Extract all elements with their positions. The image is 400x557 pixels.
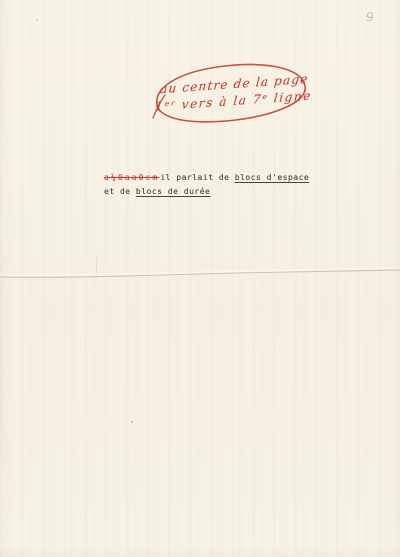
paper-speck	[131, 421, 133, 423]
paper-speck	[36, 19, 38, 21]
typed-line-1-underlined: blocs d'espace	[235, 173, 309, 182]
page-number: 9	[365, 10, 374, 24]
typed-line-2-text: et de	[104, 187, 136, 196]
typed-block: a¼0aa0cmil parlait de blocs d'espace et …	[104, 171, 309, 198]
typed-line-1: a¼0aa0cmil parlait de blocs d'espace	[104, 171, 309, 185]
typed-line-2: et de blocs de durée	[104, 185, 309, 199]
typed-line-2-underlined: blocs de durée	[136, 187, 210, 196]
typed-line-1-text: il parlait de	[160, 173, 234, 182]
strikeout-text: a¼0aa0cm	[104, 173, 159, 182]
